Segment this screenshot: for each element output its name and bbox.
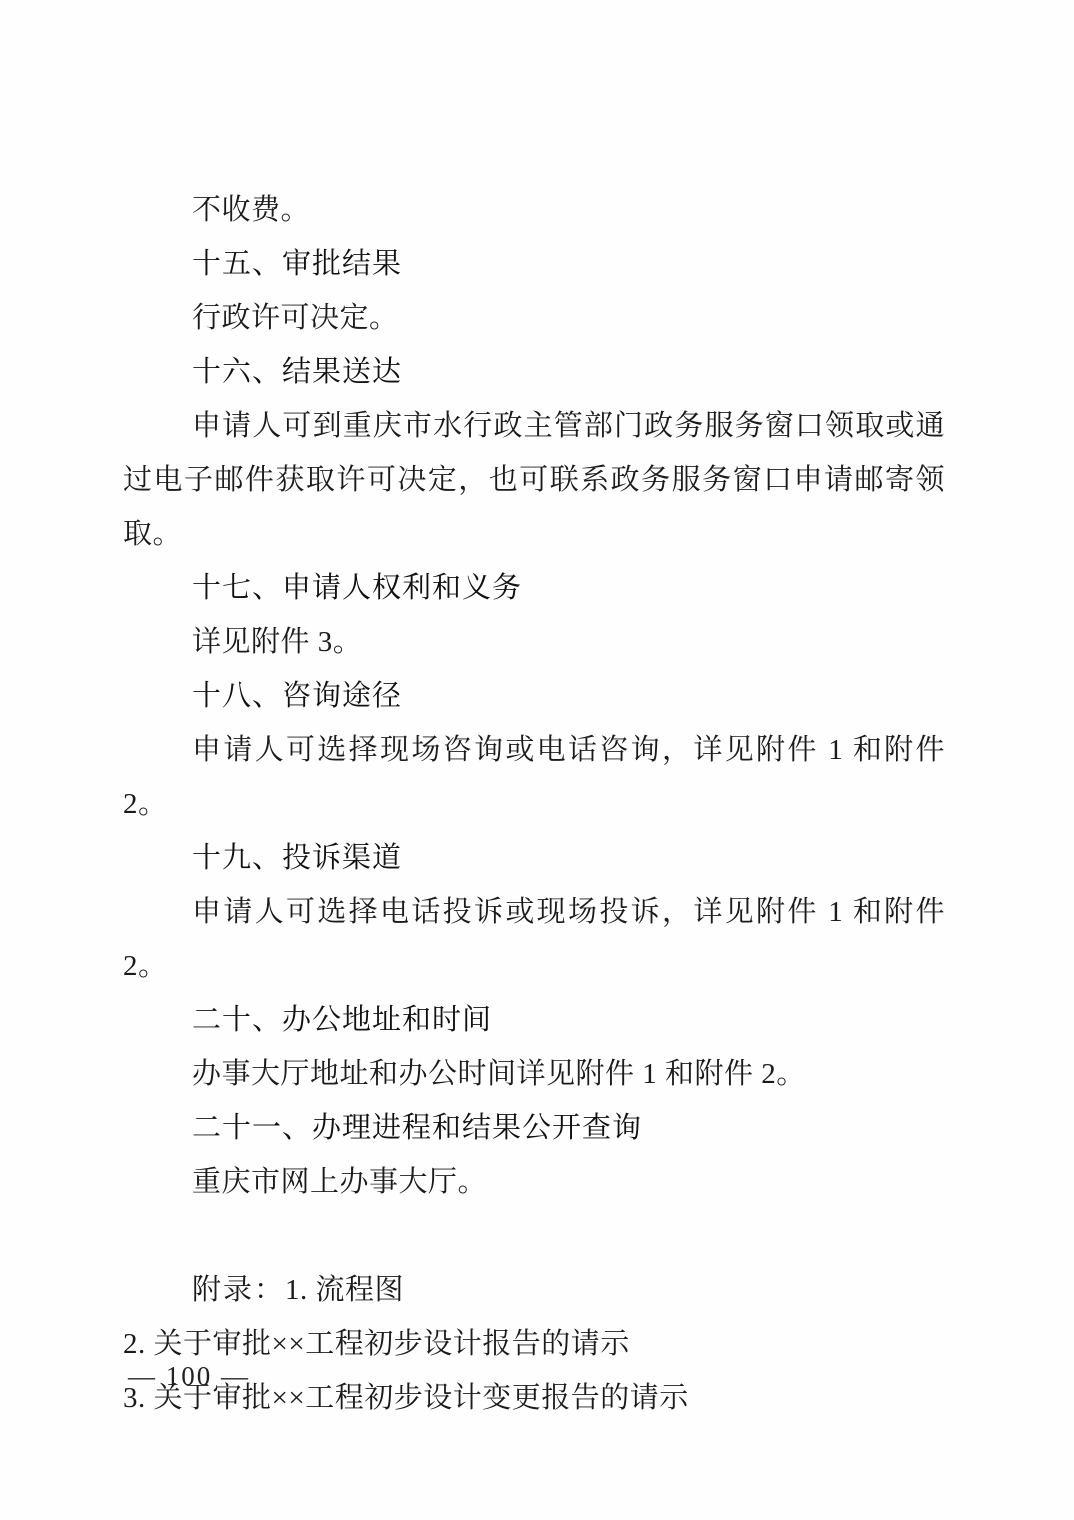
document-content: 不收费。 十五、审批结果 行政许可决定。 十六、结果送达 申请人可到重庆市水行政… bbox=[123, 183, 945, 1425]
appendix-list: 附录：1. 流程图 2. 关于审批××工程初步设计报告的请示 3. 关于审批××… bbox=[123, 1263, 945, 1425]
paragraph-online-hall: 重庆市网上办事大厅。 bbox=[123, 1155, 945, 1209]
paragraph-approval-result: 行政许可决定。 bbox=[123, 291, 945, 345]
paragraph-rights-obligations: 详见附件 3。 bbox=[123, 615, 945, 669]
paragraph-office-address: 办事大厅地址和办公时间详见附件 1 和附件 2。 bbox=[123, 1047, 945, 1101]
document-page: 不收费。 十五、审批结果 行政许可决定。 十六、结果送达 申请人可到重庆市水行政… bbox=[0, 0, 1074, 1520]
page-number: — 100 — bbox=[128, 1356, 250, 1396]
section-heading-21: 二十一、办理进程和结果公开查询 bbox=[123, 1101, 945, 1155]
appendix-item-1: 1. 流程图 bbox=[285, 1274, 404, 1306]
appendix-label: 附录： bbox=[192, 1274, 285, 1306]
paragraph-result-delivery: 申请人可到重庆市水行政主管部门政务服务窗口领取或通过电子邮件获取许可决定，也可联… bbox=[123, 399, 945, 561]
section-heading-19: 十九、投诉渠道 bbox=[123, 831, 945, 885]
section-heading-20: 二十、办公地址和时间 bbox=[123, 993, 945, 1047]
section-heading-18: 十八、咨询途径 bbox=[123, 669, 945, 723]
paragraph-complaint: 申请人可选择电话投诉或现场投诉，详见附件 1 和附件 2。 bbox=[123, 885, 945, 993]
paragraph-fee-note: 不收费。 bbox=[123, 183, 945, 237]
section-heading-15: 十五、审批结果 bbox=[123, 237, 945, 291]
paragraph-consultation: 申请人可选择现场咨询或电话咨询，详见附件 1 和附件 2。 bbox=[123, 723, 945, 831]
appendix-line-1: 附录：1. 流程图 bbox=[123, 1263, 945, 1317]
section-heading-16: 十六、结果送达 bbox=[123, 345, 945, 399]
section-heading-17: 十七、申请人权利和义务 bbox=[123, 561, 945, 615]
